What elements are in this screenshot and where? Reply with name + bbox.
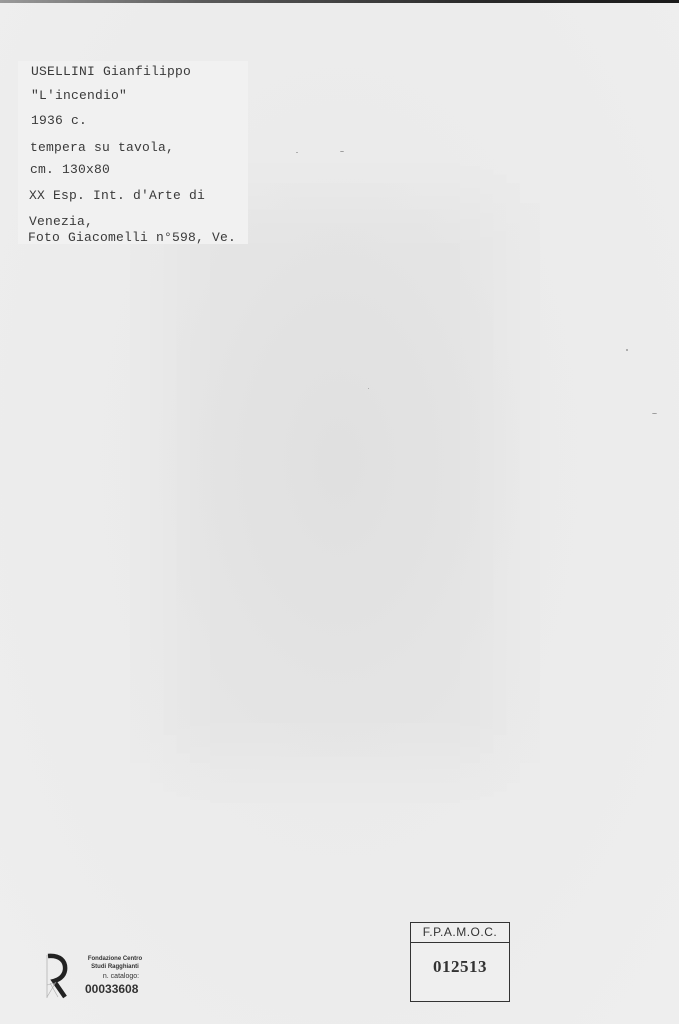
stamp-number: 012513	[411, 957, 509, 977]
foundation-name-line1: Fondazione Centro	[83, 955, 147, 963]
paper-speck	[626, 349, 628, 351]
label-artist: USELLINI Gianfilippo	[31, 64, 191, 79]
ragghianti-r-logo-icon	[46, 953, 68, 999]
stamp-header: F.P.A.M.O.C.	[411, 923, 509, 943]
label-dimensions: cm. 130x80	[30, 162, 110, 177]
label-exhibition: XX Esp. Int. d'Arte di	[29, 188, 205, 203]
catalog-number: 00033608	[83, 982, 147, 996]
label-date: 1936 c.	[31, 113, 87, 128]
foundation-name-line2: Studi Ragghianti	[83, 963, 147, 971]
label-title: "L'incendio"	[31, 88, 127, 103]
label-photo-credit: Foto Giacomelli n°598, Ve.	[28, 230, 236, 245]
paper-speck	[340, 151, 344, 152]
paper-speck	[296, 152, 298, 153]
typed-label: USELLINI Gianfilippo "L'incendio" 1936 c…	[18, 61, 248, 244]
archive-stamp: F.P.A.M.O.C. 012513	[410, 922, 510, 1002]
label-exhibition-place: Venezia,	[29, 214, 93, 229]
label-medium: tempera su tavola,	[30, 140, 174, 155]
paper-speck	[368, 388, 369, 389]
show-through-shadow	[170, 203, 500, 763]
foundation-credit: Fondazione Centro Studi Ragghianti n. ca…	[83, 955, 147, 996]
paper-speck	[652, 413, 657, 414]
catalog-label: n. catalogo:	[83, 972, 147, 981]
